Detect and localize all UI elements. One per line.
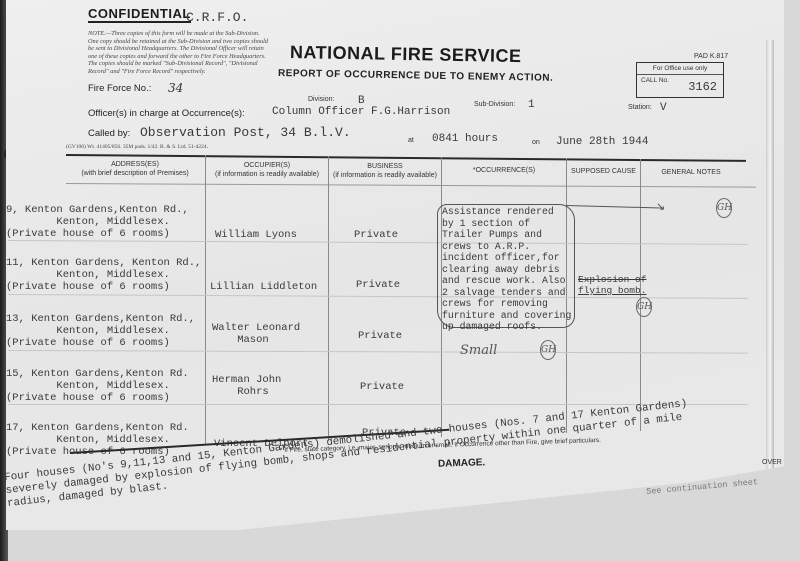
initials-mark: GH [636, 297, 652, 317]
header-subtitle: (with brief description of Premises) [66, 169, 204, 178]
supposed-cause-line1: Explosion of [578, 274, 646, 285]
form-note: NOTE.—Three copies of this form will be … [88, 30, 270, 76]
office-use-heading: For Office use only [637, 63, 723, 75]
column-header-general-notes: GENERAL NOTES [641, 168, 741, 177]
column-header-business: BUSINESS (if information is readily avai… [329, 162, 441, 180]
division-label: Division: [308, 96, 334, 103]
fire-force-value: 34 [168, 81, 183, 95]
address-cell: 15, Kenton Gardens,Kenton Rd. Kenton, Mi… [6, 368, 189, 404]
officer-label: Officer(s) in charge at Occurrence(s): [88, 108, 245, 119]
business-cell: Private [354, 229, 398, 241]
over-label: OVER [762, 459, 782, 466]
station-label: Station: [628, 104, 652, 111]
column-header-occupier: OCCUPIER(S) (if information is readily a… [206, 161, 328, 179]
handwritten-category: Small [460, 343, 497, 358]
initials-mark: GH [540, 340, 556, 360]
on-label: on [532, 139, 540, 146]
header-title: OCCUPIER(S) [206, 161, 328, 170]
column-divider [328, 156, 329, 441]
occurrence-text: Assistance rendered by 1 section of Trai… [442, 206, 571, 333]
business-cell: Private [356, 279, 400, 291]
header-subtitle: (if information is readily available) [206, 170, 328, 179]
subdivision-value: 1 [528, 99, 535, 111]
header-subtitle: (if information is readily available) [329, 171, 441, 180]
address-cell: 9, Kenton Gardens,Kenton Rd., Kenton, Mi… [6, 204, 189, 240]
arrow-head-icon: ↘ [656, 200, 665, 213]
crfo-stamp: C.R.F.O. [186, 10, 248, 25]
occupier-cell: William Lyons [215, 229, 297, 241]
header-title: ADDRESS(ES) [66, 160, 204, 169]
print-reference: (GV106) Wt. 41405/856. 35M pads. 1/42. B… [66, 144, 208, 150]
office-use-box: For Office use only CALL No. 3162 [636, 62, 724, 98]
business-cell: Private [358, 330, 402, 342]
occupier-cell: Lillian Liddleton [210, 281, 317, 293]
called-by-value: Observation Post, 34 B.l.V. [140, 125, 351, 140]
column-header-address: ADDRESS(ES) (with brief description of P… [66, 160, 204, 178]
address-cell: 11, Kenton Gardens, Kenton Rd., Kenton, … [6, 257, 201, 293]
form-title: NATIONAL FIRE SERVICE [290, 42, 522, 67]
form-reference: PAD K.817 [694, 53, 728, 60]
address-cell: 13, Kenton Gardens,Kenton Rd., Kenton, M… [6, 313, 195, 349]
occupier-cell: Walter Leonard Mason [212, 322, 300, 346]
header-title: BUSINESS [329, 162, 441, 171]
call-number-value: 3162 [688, 80, 717, 94]
address-cell: 17, Kenton Gardens,Kenton Rd. Kenton, Mi… [6, 422, 189, 458]
subdivision-label: Sub-Division: [474, 101, 515, 108]
occupier-cell: Herman John Rohrs [212, 374, 281, 398]
business-cell: Private [360, 381, 404, 393]
column-header-occurrence: *OCCURRENCE(S) [442, 166, 566, 175]
supposed-cause-line2: flying bomb. [578, 285, 646, 296]
date-value: June 28th 1944 [556, 136, 648, 148]
column-divider [205, 155, 206, 445]
station-value: V [660, 102, 667, 114]
at-label: at [408, 137, 414, 144]
officer-value: Column Officer F.G.Harrison [272, 106, 450, 118]
fire-force-label: Fire Force No.: [88, 83, 151, 94]
confidential-label: CONFIDENTIAL [88, 6, 191, 23]
initials-mark: GH [716, 198, 732, 218]
called-by-label: Called by: [88, 128, 130, 139]
column-header-supposed-cause: SUPPOSED CAUSE [567, 167, 640, 176]
call-number-label: CALL No. [641, 77, 669, 84]
page-stack-edge [766, 40, 774, 500]
time-value: 0841 hours [432, 133, 498, 145]
